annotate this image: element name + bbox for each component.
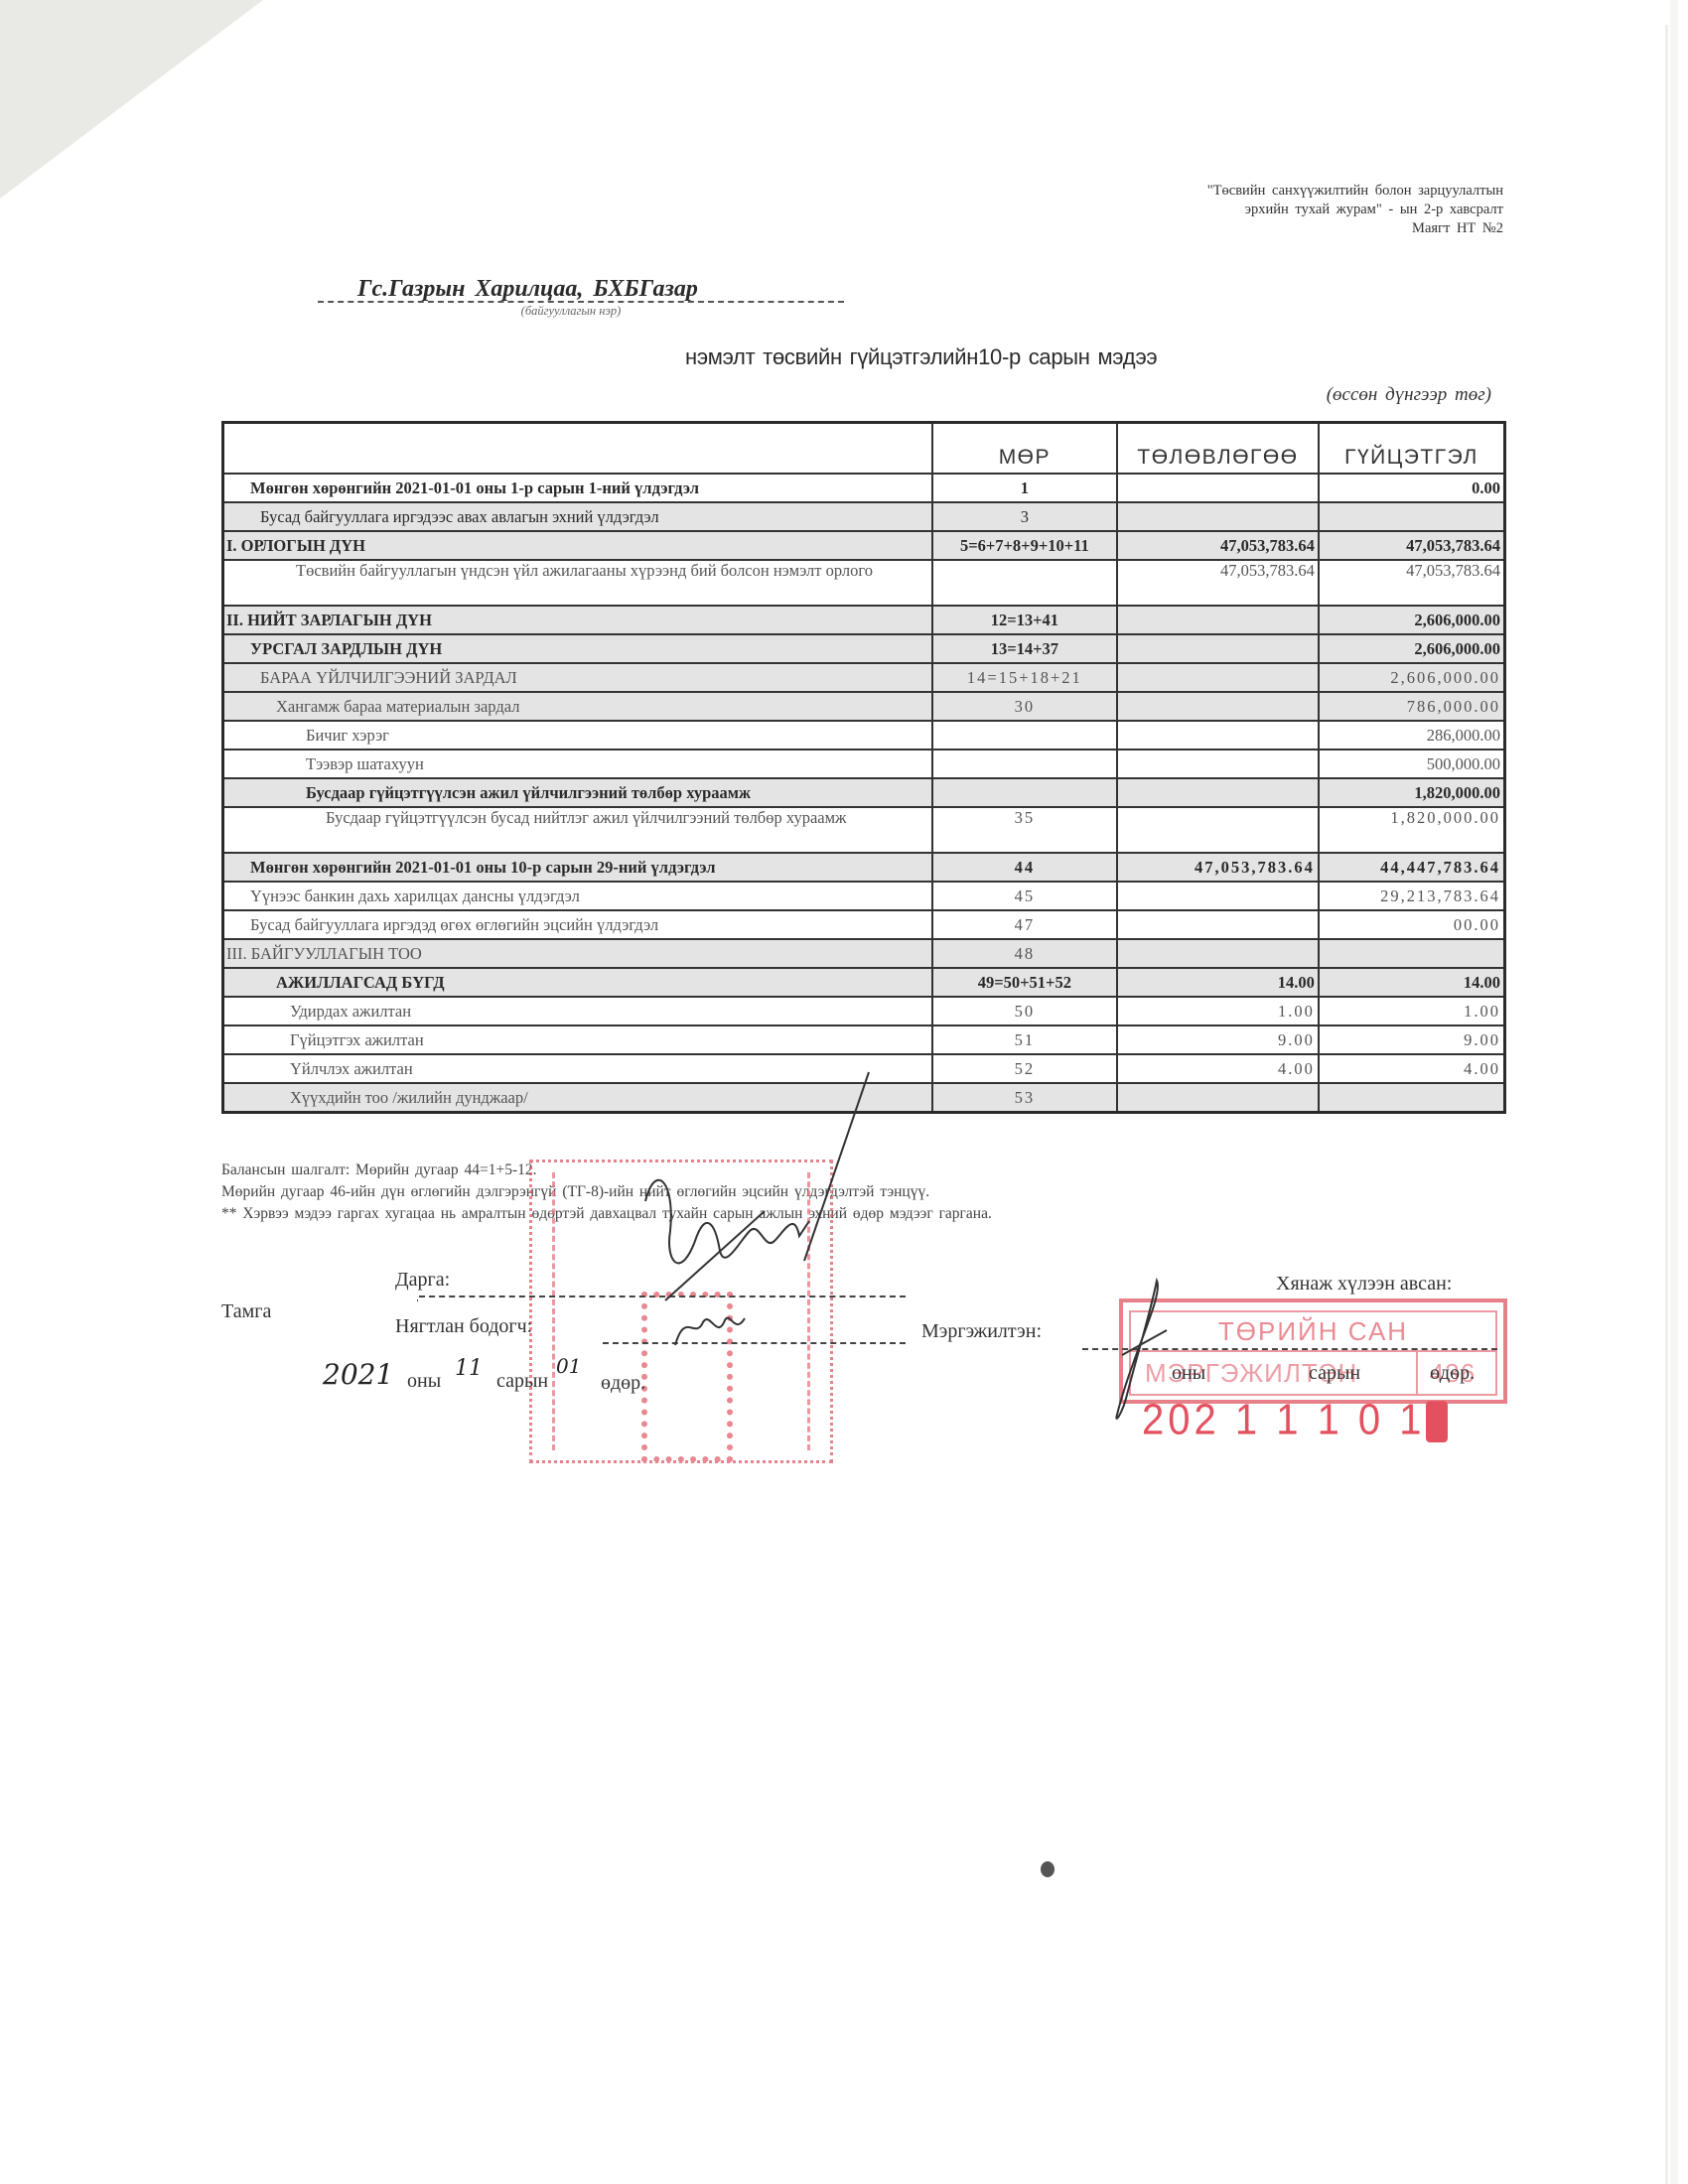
actual-value: 2,606,000.00: [1319, 663, 1505, 692]
actual-value: 2,606,000.00: [1319, 606, 1505, 634]
row-label: I. ОРЛОГЫН ДҮН: [223, 531, 932, 560]
header-label: [223, 423, 932, 475]
table-row: Бусад байгууллага иргэдээс авах авлагын …: [223, 502, 1505, 531]
row-label: Мөнгөн хөрөнгийн 2021-01-01 оны 10-р сар…: [223, 853, 932, 882]
header-actual: ГҮЙЦЭТГЭЛ: [1319, 423, 1505, 475]
row-label: Төсвийн байгууллагын үндсэн үйл ажилагаа…: [223, 560, 932, 606]
row-label: Удирдах ажилтан: [223, 997, 932, 1025]
plan-value: [1117, 692, 1319, 721]
row-number: 44: [932, 853, 1117, 882]
table-row: Бусдаар гүйцэтгүүлсэн ажил үйлчилгээний …: [223, 778, 1505, 807]
plan-value: [1117, 750, 1319, 778]
ink-blot: [1426, 1402, 1448, 1443]
row-number: 48: [932, 939, 1117, 968]
table-header-row: МӨР ТӨЛӨВЛӨГӨӨ ГҮЙЦЭТГЭЛ: [223, 423, 1505, 475]
row-label: Бусад байгууллага иргэдээс авах авлагын …: [223, 502, 932, 531]
plan-value: [1117, 663, 1319, 692]
actual-value: 1,820,000.00: [1319, 807, 1505, 853]
plan-value: [1117, 910, 1319, 939]
plan-value: [1117, 939, 1319, 968]
row-label: Тээвэр шатахуун: [223, 750, 932, 778]
actual-value: 1.00: [1319, 997, 1505, 1025]
table-row: III. БАЙГУУЛЛАГЫН ТОО48: [223, 939, 1505, 968]
row-label: Бусдаар гүйцэтгүүлсэн бусад нийтлэг ажил…: [223, 807, 932, 853]
year-word: оны: [407, 1370, 441, 1393]
table-row: УРСГАЛ ЗАРДЛЫН ДҮН13=14+372,606,000.00: [223, 634, 1505, 663]
table-row: Төсвийн байгууллагын үндсэн үйл ажилагаа…: [223, 560, 1505, 606]
table-row: II. НИЙТ ЗАРЛАГЫН ДҮН12=13+412,606,000.0…: [223, 606, 1505, 634]
scan-speck: [1041, 1861, 1055, 1877]
plan-value: 9.00: [1117, 1025, 1319, 1054]
row-number: 45: [932, 882, 1117, 910]
treasury-stamp-date-text: 202 1 1 1 0 1: [1142, 1396, 1426, 1443]
actual-value: [1319, 1083, 1505, 1113]
row-number: 49=50+51+52: [932, 968, 1117, 997]
row-label: II. НИЙТ ЗАРЛАГЫН ДҮН: [223, 606, 932, 634]
specialist-label: Мэргэжилтэн:: [921, 1320, 1042, 1343]
row-label: УРСГАЛ ЗАРДЛЫН ДҮН: [223, 634, 932, 663]
specialist-signature-scribble: [1102, 1276, 1172, 1425]
actual-value: 44,447,783.64: [1319, 853, 1505, 882]
treasury-stamp-title: ТӨРИЙН САН: [1129, 1310, 1497, 1352]
actual-value: 29,213,783.64: [1319, 882, 1505, 910]
row-number: 52: [932, 1054, 1117, 1083]
header-plan: ТӨЛӨВЛӨГӨӨ: [1117, 423, 1319, 475]
row-label: Бичиг хэрэг: [223, 721, 932, 750]
row-number: 50: [932, 997, 1117, 1025]
actual-value: 1,820,000.00: [1319, 778, 1505, 807]
plan-value: 4.00: [1117, 1054, 1319, 1083]
actual-value: 0.00: [1319, 474, 1505, 502]
stamp-label: Тамга: [221, 1300, 271, 1323]
table-row: Мөнгөн хөрөнгийн 2021-01-01 оны 10-р сар…: [223, 853, 1505, 882]
actual-value: [1319, 502, 1505, 531]
report-title: нэмэлт төсвийн гүйцэтгэлийн10-р сарын мэ…: [685, 344, 1157, 370]
row-label: Бусад байгууллага иргэдэд өгөх өглөгийн …: [223, 910, 932, 939]
director-signature-scribble: [626, 1062, 884, 1360]
plan-value: [1117, 882, 1319, 910]
accountant-label: Нягтлан бодогч:: [395, 1315, 532, 1338]
table-row: Гүйцэтгэх ажилтан519.009.00: [223, 1025, 1505, 1054]
table-row: Бичиг хэрэг286,000.00: [223, 721, 1505, 750]
page-corner-fold: [0, 0, 263, 199]
row-label: Гүйцэтгэх ажилтан: [223, 1025, 932, 1054]
row-number: 13=14+37: [932, 634, 1117, 663]
plan-value: [1117, 721, 1319, 750]
actual-value: 9.00: [1319, 1025, 1505, 1054]
row-number: 1: [932, 474, 1117, 502]
table-row: АЖИЛЛАГСАД БҮГД49=50+51+5214.0014.00: [223, 968, 1505, 997]
row-number: 12=13+41: [932, 606, 1117, 634]
actual-value: [1319, 939, 1505, 968]
right-year-word: оны: [1172, 1362, 1205, 1385]
organization-block: Гс.Газрын Харилцаа, БХБГазар (байгууллаг…: [318, 276, 844, 319]
form-number: Маягт НТ №2: [1207, 219, 1503, 238]
row-number: [932, 778, 1117, 807]
handwritten-year: 2021: [323, 1358, 393, 1391]
month-word: сарын: [496, 1370, 548, 1393]
row-number: [932, 560, 1117, 606]
plan-value: 1.00: [1117, 997, 1319, 1025]
plan-value: [1117, 807, 1319, 853]
plan-value: [1117, 1083, 1319, 1113]
spacer-2: [417, 1299, 418, 1301]
table-row: Бусад байгууллага иргэдэд өгөх өглөгийн …: [223, 910, 1505, 939]
actual-value: 14.00: [1319, 968, 1505, 997]
table-row: Хангамж бараа материалын зардал30786,000…: [223, 692, 1505, 721]
actual-value: 00.00: [1319, 910, 1505, 939]
table-row: Тээвэр шатахуун500,000.00: [223, 750, 1505, 778]
actual-value: 4.00: [1319, 1054, 1505, 1083]
row-label: БАРАА ҮЙЛЧИЛГЭЭНИЙ ЗАРДАЛ: [223, 663, 932, 692]
row-label: Үүнээс банкин дахь харилцах дансны үлдэг…: [223, 882, 932, 910]
regulation-line-1: "Төсвийн санхүүжилтийн болон зарцуулалты…: [1207, 182, 1503, 201]
plan-value: 14.00: [1117, 968, 1319, 997]
plan-value: [1117, 778, 1319, 807]
scan-edge: [1670, 0, 1678, 2184]
header-row-number: МӨР: [932, 423, 1117, 475]
director-label: Дарга:: [395, 1269, 450, 1292]
row-number: 5=6+7+8+9+10+11: [932, 531, 1117, 560]
organization-name: Гс.Газрын Харилцаа, БХБГазар: [318, 276, 844, 303]
plan-value: [1117, 474, 1319, 502]
row-label: III. БАЙГУУЛЛАГЫН ТОО: [223, 939, 932, 968]
row-label: АЖИЛЛАГСАД БҮГД: [223, 968, 932, 997]
actual-value: 2,606,000.00: [1319, 634, 1505, 663]
row-number: 47: [932, 910, 1117, 939]
row-label: Бусдаар гүйцэтгүүлсэн ажил үйлчилгээний …: [223, 778, 932, 807]
actual-value: 286,000.00: [1319, 721, 1505, 750]
right-month-word: сарын: [1309, 1362, 1360, 1385]
table-row: БАРАА ҮЙЛЧИЛГЭЭНИЙ ЗАРДАЛ14=15+18+212,60…: [223, 663, 1505, 692]
table-row: Удирдах ажилтан501.001.00: [223, 997, 1505, 1025]
day-word: өдөр.: [601, 1372, 645, 1395]
regulation-line-2: эрхийн тухай журам" - ын 2-р хавсралт: [1207, 201, 1503, 219]
regulation-reference: "Төсвийн санхүүжилтийн болон зарцуулалты…: [1207, 182, 1503, 238]
table-row: Бусдаар гүйцэтгүүлсэн бусад нийтлэг ажил…: [223, 807, 1505, 853]
organization-caption: (байгууллагын нэр): [298, 304, 844, 319]
row-number: 53: [932, 1083, 1117, 1113]
treasury-stamp-date: 202 1 1 1 0 1: [1142, 1396, 1448, 1445]
budget-report-table: МӨР ТӨЛӨВЛӨГӨӨ ГҮЙЦЭТГЭЛ Мөнгөн хөрөнгий…: [221, 421, 1506, 1114]
row-number: 30: [932, 692, 1117, 721]
row-number: 51: [932, 1025, 1117, 1054]
actual-value: 47,053,783.64: [1319, 531, 1505, 560]
handwritten-month: 11: [455, 1356, 483, 1381]
row-number: 14=15+18+21: [932, 663, 1117, 692]
plan-value: 47,053,783.64: [1117, 853, 1319, 882]
actual-value: 47,053,783.64: [1319, 560, 1505, 606]
table-row: Мөнгөн хөрөнгийн 2021-01-01 оны 1-р сары…: [223, 474, 1505, 502]
actual-value: 786,000.00: [1319, 692, 1505, 721]
table-row: I. ОРЛОГЫН ДҮН5=6+7+8+9+10+1147,053,783.…: [223, 531, 1505, 560]
reviewed-label: Хянаж хүлээн авсан:: [1276, 1273, 1452, 1296]
actual-value: 500,000.00: [1319, 750, 1505, 778]
treasury-stamp: ТӨРИЙН САН МЭРГЭЖИЛТЭН 436: [1119, 1298, 1507, 1404]
plan-value: [1117, 634, 1319, 663]
table-row: Үүнээс банкин дахь харилцах дансны үлдэг…: [223, 882, 1505, 910]
row-label: Хангамж бараа материалын зардал: [223, 692, 932, 721]
right-day-word: өдөр.: [1430, 1362, 1475, 1385]
plan-value: 47,053,783.64: [1117, 531, 1319, 560]
plan-value: [1117, 502, 1319, 531]
handwritten-day: 01: [556, 1354, 581, 1378]
unit-note: (өссөн дүнгээр төг): [1327, 384, 1491, 406]
row-number: [932, 721, 1117, 750]
scan-edge-line: [1665, 25, 1668, 2184]
row-number: [932, 750, 1117, 778]
plan-value: [1117, 606, 1319, 634]
plan-value: 47,053,783.64: [1117, 560, 1319, 606]
row-label: Мөнгөн хөрөнгийн 2021-01-01 оны 1-р сары…: [223, 474, 932, 502]
row-number: 35: [932, 807, 1117, 853]
row-number: 3: [932, 502, 1117, 531]
